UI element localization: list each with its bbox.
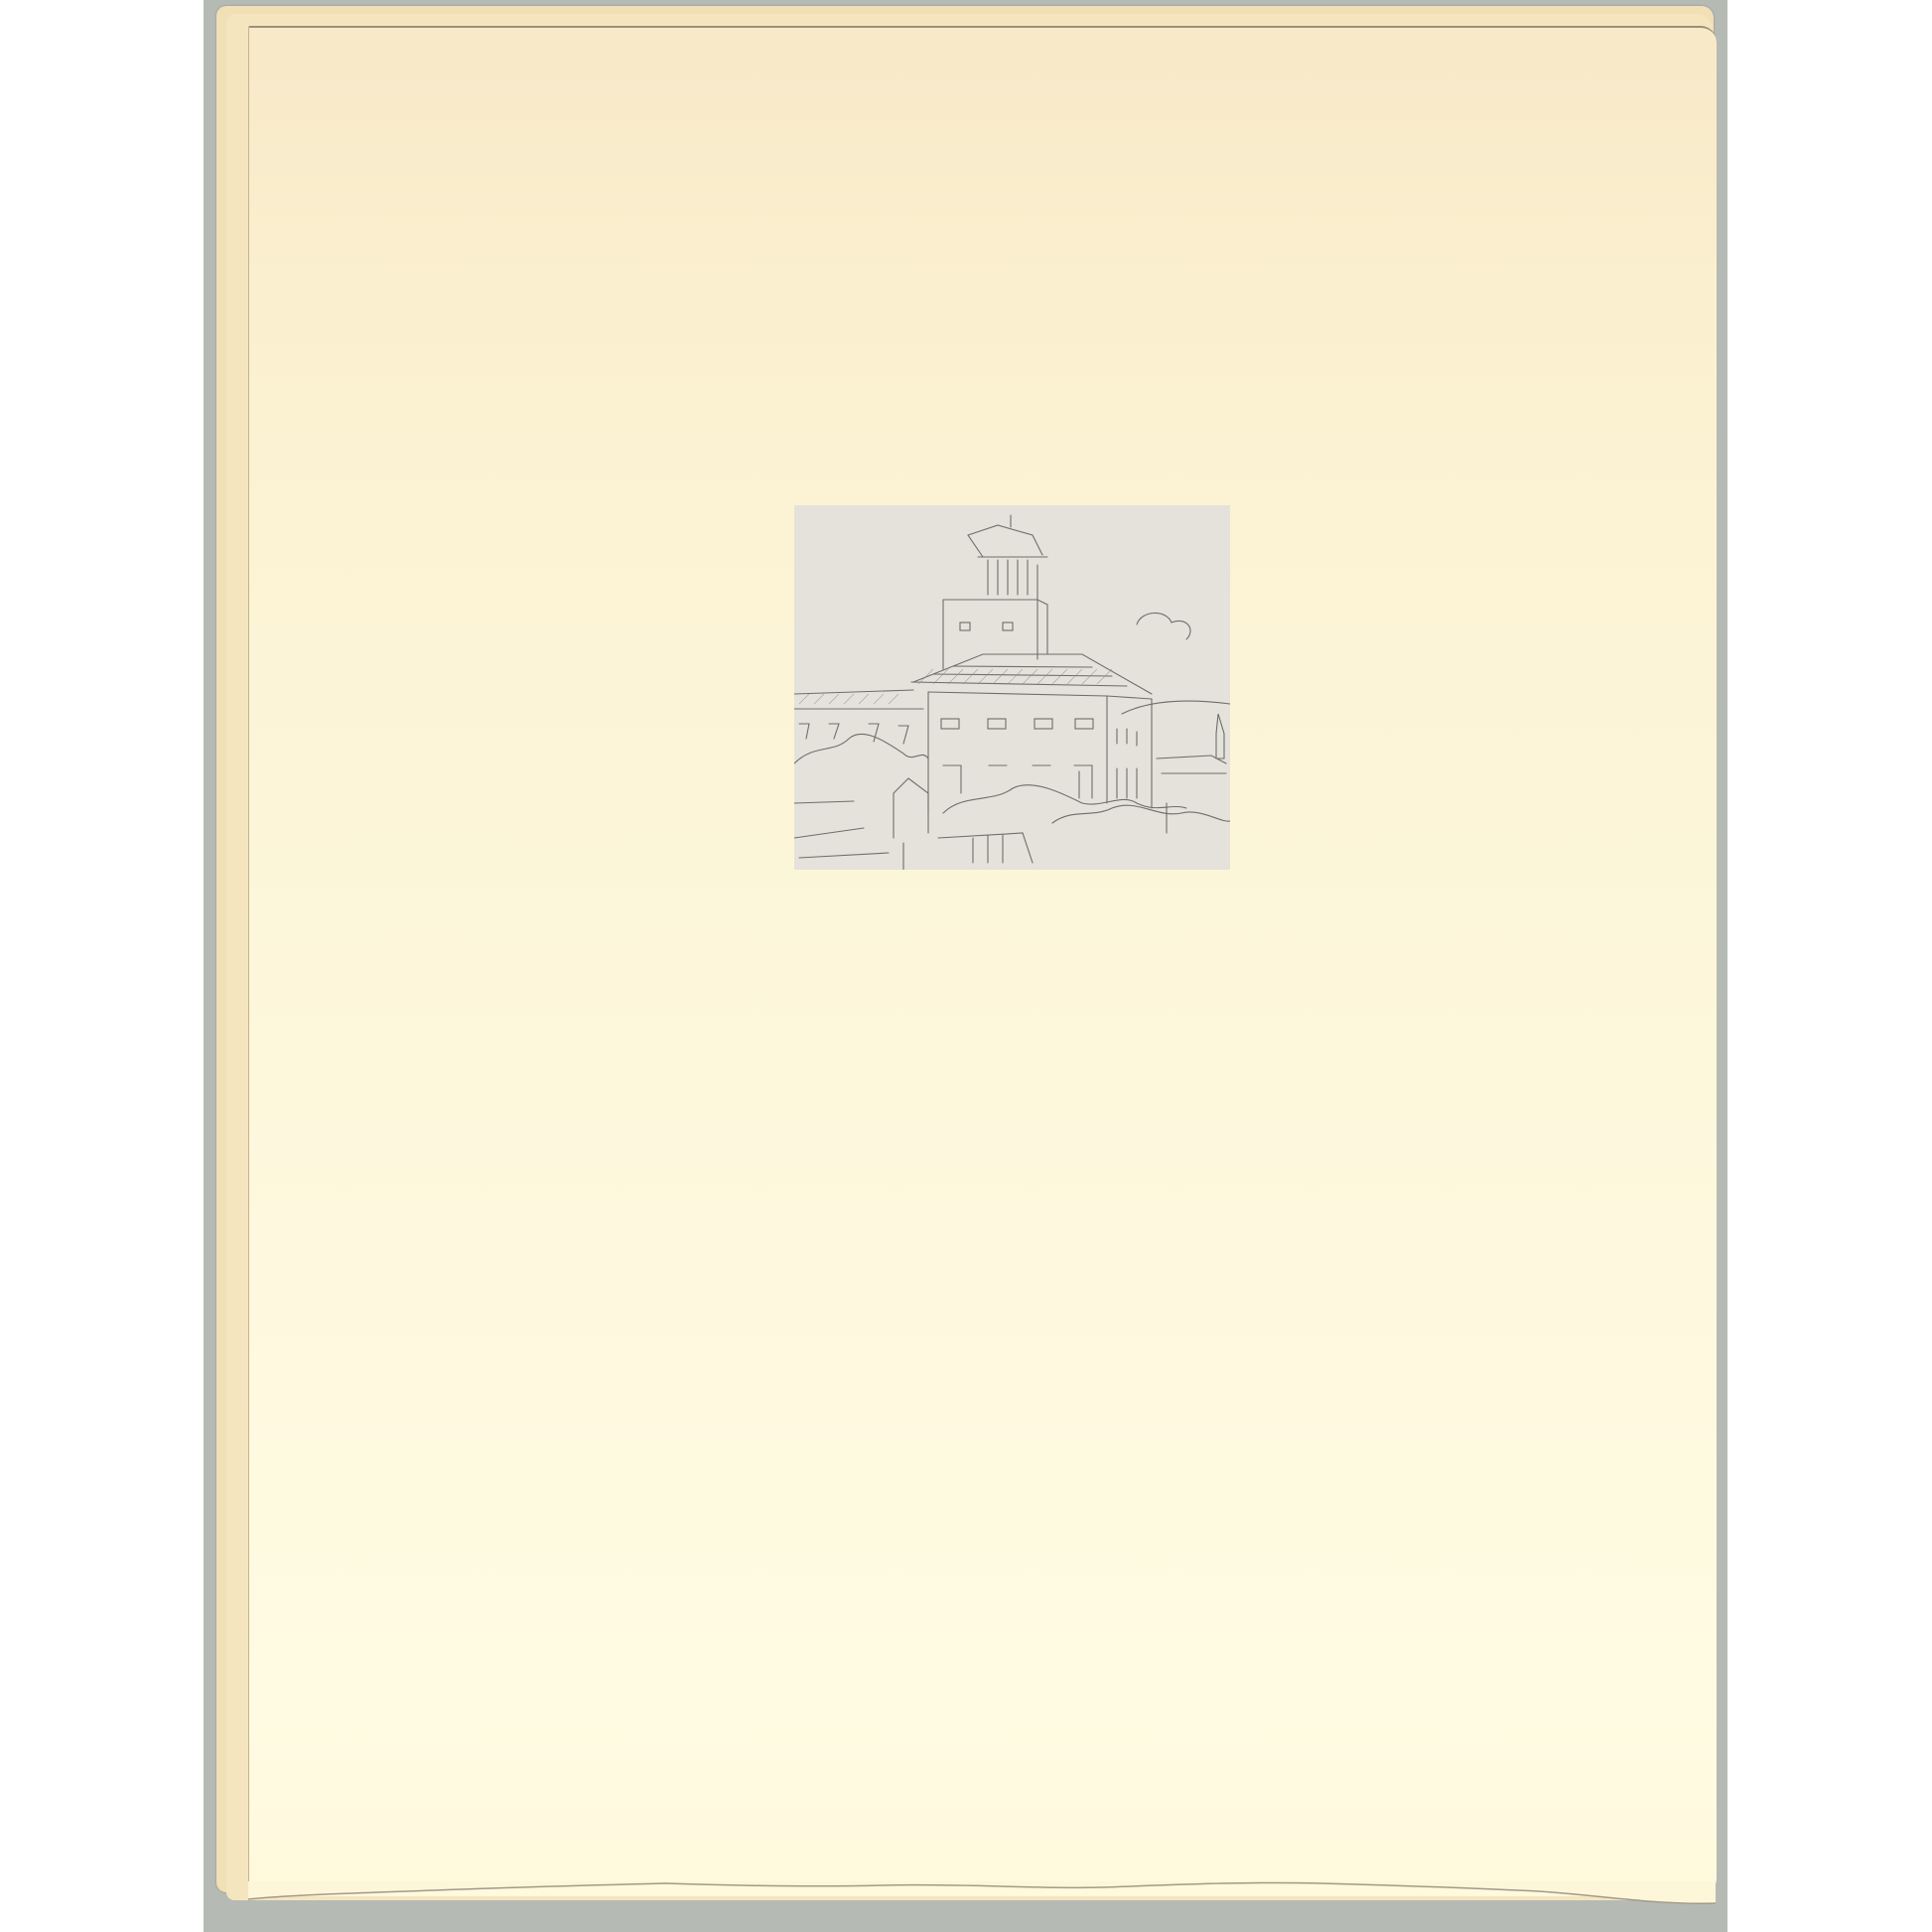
paper-front-sheet (248, 26, 1717, 1896)
palazzo-sketch-image: Sketch of palazzo with tower (794, 505, 1230, 870)
torn-paper-edge (248, 1881, 1716, 1911)
sketch-drawing (794, 505, 1230, 870)
